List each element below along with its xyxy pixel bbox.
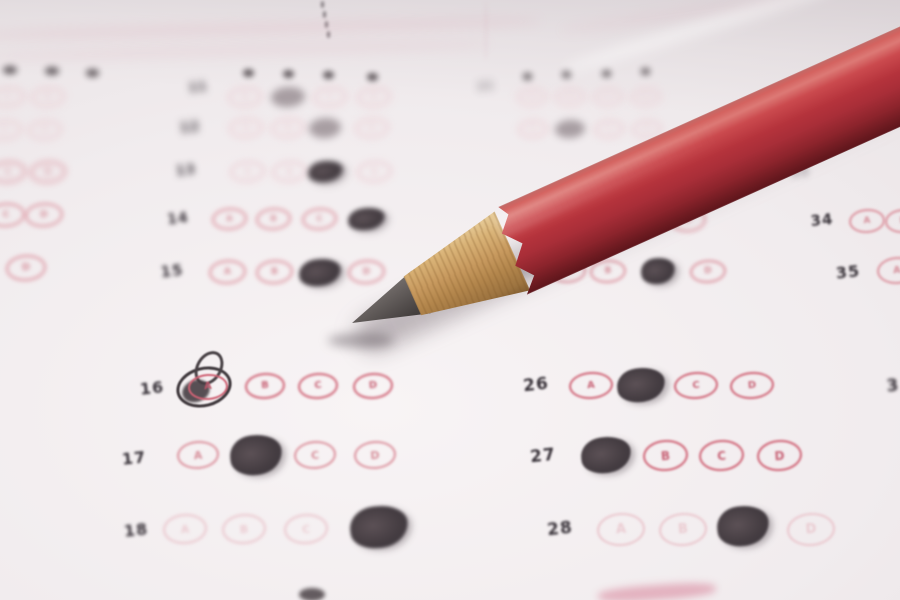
bubble-letter: D	[370, 167, 377, 175]
answer-bubble-a: A	[848, 208, 886, 234]
answer-sheet-photo: Close-up photograph of a multiple-choice…	[0, 0, 900, 600]
bubble-letter: B	[270, 215, 277, 223]
answer-bubble-c: C	[0, 86, 26, 108]
answer-bubble-c	[639, 256, 676, 286]
answer-bubble-d	[347, 502, 410, 552]
answer-bubble-c: C	[301, 207, 337, 231]
bubble-letter: D	[370, 93, 377, 101]
answer-bubble-b	[615, 365, 667, 405]
answer-bubble-d: D	[755, 438, 802, 472]
bubble-letter: B	[261, 381, 269, 392]
bubble-letter: D	[41, 126, 48, 134]
bubble-letter: D	[748, 380, 757, 391]
answer-bubble-c: C	[592, 87, 623, 107]
bubble-letter: D	[370, 449, 380, 461]
question-number: 13	[175, 162, 197, 179]
pencil-smudge-mark	[283, 70, 294, 78]
bubble-letter: C	[327, 93, 333, 101]
answer-bubble-d: D	[5, 254, 47, 283]
paper-tint-stripe	[0, 15, 540, 41]
answer-bubble-d: D	[353, 440, 397, 471]
pencil-smudge-mark	[323, 11, 326, 18]
answer-bubble-c: C	[0, 202, 26, 229]
answer-bubble-c: C	[0, 160, 27, 184]
bubble-letter: C	[605, 93, 611, 100]
bubble-letter: C	[2, 126, 8, 134]
red-pencil	[333, 10, 900, 364]
answer-bubble-c: C	[283, 513, 329, 546]
paper-tint-stripe	[485, 0, 488, 60]
bubble-letter: A	[242, 93, 249, 101]
bubble-letter: B	[604, 266, 611, 275]
answer-bubble-d: D	[356, 86, 391, 108]
bubble-letter: C	[606, 125, 612, 132]
bubble-letter: A	[223, 267, 231, 276]
answer-bubble-b: B	[221, 513, 267, 546]
paper-tint-stripe	[0, 39, 490, 61]
answer-bubble-b: B	[271, 159, 307, 182]
answer-bubble-c: C	[697, 438, 744, 472]
question-number: 16	[139, 377, 165, 398]
answer-bubble-d: D	[29, 160, 66, 184]
answer-bubble-b: B	[255, 259, 294, 286]
question-number: 12	[179, 119, 201, 136]
answer-bubble-c: C	[593, 119, 624, 139]
answer-bubble-b: B	[554, 87, 585, 107]
pencil-smudge-mark	[641, 68, 650, 75]
bubble-letter: C	[692, 380, 700, 390]
answer-bubble-c	[308, 117, 341, 139]
bubble-letter: C	[311, 449, 320, 461]
bubble-letter: A	[204, 382, 212, 393]
paper-tint-stripe	[598, 580, 717, 600]
question-number: 3	[886, 375, 900, 396]
bubble-letter: B	[285, 124, 292, 132]
bubble-letter: B	[567, 93, 573, 100]
answer-bubble-d: D	[729, 370, 775, 400]
bubble-letter: A	[193, 449, 202, 461]
question-number: 18	[123, 519, 149, 540]
answer-bubble-d: D	[356, 159, 392, 182]
pencil-smudge-mark	[367, 73, 378, 81]
pencil-smudge-mark	[562, 71, 571, 78]
bubble-letter: C	[302, 523, 311, 535]
question-number: 17	[121, 447, 147, 468]
bubble-letter: C	[316, 215, 322, 223]
answer-bubble-c: C	[673, 370, 719, 400]
answer-bubble-b: B	[255, 207, 291, 231]
bubble-letter: D	[643, 93, 649, 100]
answer-bubble-a: A	[876, 255, 900, 285]
answer-bubble-b	[554, 119, 585, 139]
answer-bubble-d: D	[786, 511, 836, 547]
bubble-letter: B	[678, 522, 689, 536]
answer-bubble-a: A	[227, 86, 262, 108]
answer-bubble-c: C	[297, 372, 339, 401]
pencil-smudge-mark	[243, 69, 254, 77]
answer-bubble-d: D	[630, 87, 661, 107]
answer-bubble-d: D	[354, 117, 389, 139]
pencil-smudge-mark	[3, 66, 17, 74]
bubble-letter: A	[893, 265, 900, 276]
question-number: 14	[166, 210, 189, 228]
answer-bubble-c: C	[0, 119, 23, 141]
answer-bubble-d: D	[30, 86, 65, 108]
answer-bubble-d: D	[352, 372, 394, 401]
answer-bubble-b	[270, 86, 305, 108]
pencil-smudge-mark	[323, 71, 334, 79]
pencil-smudge-mark	[602, 70, 611, 77]
answer-bubble-a: A	[596, 511, 646, 547]
bubble-letter: D	[40, 210, 48, 220]
bubble-letter: C	[2, 210, 9, 219]
answer-bubble-b: B	[244, 372, 286, 401]
pencil-smudge-mark	[321, 1, 324, 8]
bubble-letter: A	[244, 167, 251, 175]
answer-bubble-d	[346, 206, 386, 233]
answer-bubble-a: A	[517, 119, 548, 139]
question-number: 21	[477, 79, 496, 94]
bubble-letter: C	[716, 449, 726, 462]
bubble-letter: B	[270, 267, 277, 276]
bubble-letter: B	[286, 167, 293, 175]
bubble-letter: C	[314, 381, 322, 391]
question-number: 27	[529, 445, 557, 468]
bubble-letter: A	[529, 93, 535, 100]
answer-bubble-c: C	[293, 440, 337, 471]
bubble-letter: D	[704, 266, 712, 276]
bubble-letter: A	[180, 523, 189, 535]
pencil-smudge-mark	[299, 588, 325, 600]
answer-bubble-d: D	[689, 258, 727, 283]
question-number: 28	[546, 518, 574, 541]
bubble-letter: A	[243, 124, 250, 132]
bubble-letter: A	[616, 522, 627, 536]
bubble-letter: B	[660, 449, 670, 462]
scribbled-answer-bubble-a: A	[174, 358, 238, 414]
answer-bubble-b: B	[641, 438, 688, 472]
answer-bubble-b	[227, 432, 284, 479]
answer-bubble-a: A	[162, 513, 208, 546]
answer-bubble-a: A	[229, 159, 265, 182]
bubble-letter: D	[774, 449, 785, 462]
bubble-letter: B	[239, 523, 248, 535]
answer-bubble-b: B	[270, 117, 305, 139]
question-number: 34	[810, 210, 835, 230]
pencil-smudge-mark	[86, 69, 99, 77]
answer-bubble-a: A	[176, 440, 220, 471]
bubble-letter: D	[805, 522, 817, 536]
bubble-letter: D	[44, 168, 51, 176]
pencil-smudge-mark	[45, 67, 59, 75]
bubble-letter: A	[863, 216, 871, 225]
bubble-letter: D	[22, 263, 31, 274]
bubble-letter: C	[5, 168, 11, 176]
answer-bubble-c	[714, 503, 771, 550]
answer-bubble-b: B	[658, 511, 708, 547]
answer-bubble-a: A	[516, 87, 547, 107]
question-number: 15	[160, 261, 185, 281]
bubble-letter: D	[368, 124, 375, 132]
question-number: 26	[522, 374, 550, 397]
bubble-letter: A	[226, 215, 233, 223]
bubble-letter: D	[44, 93, 51, 101]
answer-bubble-d: D	[24, 202, 64, 229]
question-number: 11	[188, 79, 208, 95]
bubble-letter: A	[530, 125, 536, 132]
answer-bubble-a: A	[568, 370, 614, 400]
pencil-smudge-mark	[523, 73, 532, 80]
answer-bubble-a: A	[211, 207, 247, 231]
question-number: 35	[835, 261, 861, 282]
bubble-letter: D	[644, 125, 650, 132]
answer-bubble-a	[579, 434, 634, 477]
answer-bubble-a: A	[228, 117, 263, 139]
answer-bubble-c	[306, 158, 344, 184]
answer-bubble-a: A	[208, 259, 247, 286]
bubble-letter: C	[5, 93, 11, 101]
bubble-letter: A	[587, 380, 595, 391]
answer-bubble-c: C	[312, 86, 347, 108]
answer-bubble-b: B	[884, 208, 900, 234]
bubble-letter: D	[369, 381, 378, 392]
answer-bubble-d: D	[27, 119, 62, 141]
